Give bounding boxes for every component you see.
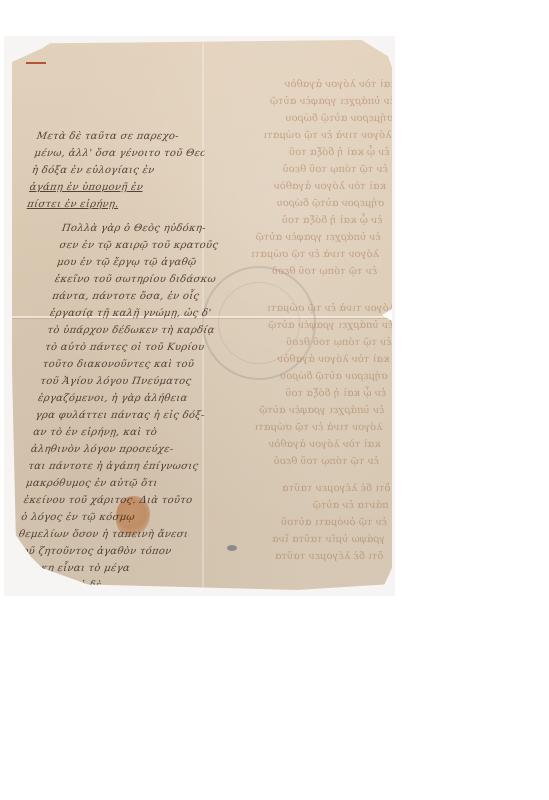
text-line: ται πάντοτε ἡ ἀγάπη ἐπίγνωσις [27,458,199,475]
text-line: Μετὰ δὲ ταῦτα σε παρεχο- [36,128,208,145]
text-line: πίστει ἐν εἰρήνῃ. [26,196,198,213]
bleed-line: ἐν ὑπάρχει γραφὲν αὐτῷ [214,93,392,110]
text-line: Πολλὰ γὰρ ὁ Θεὸς ηὐδόκη- [61,220,233,237]
bleed-line: λόγον τινὰ ἐν τῷ σώματι [202,419,384,436]
text-line: τοῦ ζητοῦντος ἀγαθὸν τόπον [15,543,187,560]
text-line: τὸ ὑπάρχον δέδωκεν τὴ καρδίᾳ [46,322,218,339]
page-notch [382,309,392,321]
bleed-line: ἐν ὑπάρχει γραφὲν αὐτῷ [212,317,392,334]
text-line: σεν ἐν τῷ καιρῷ τοῦ κρατοῦς [58,237,230,254]
bleed-line: πάντα ἐν αὐτῷ [208,497,390,514]
text-line: τοῦ Ἁγίου λόγου Πνεύματος [39,373,211,390]
text-line: γρα φυλάττει πάντας ἡ εἰς δόξ- [34,407,206,424]
text-line: μου ἐν τῷ ἔργῳ τῷ ἀγαθῷ [56,254,228,271]
red-ink-mark [26,62,46,64]
bleed-line: σήμερον αὐτῷ δώρου [203,195,385,212]
text-line: ἐκεῖνο τοῦ σωτηρίου διδάσκω [54,271,226,288]
bleed-line: σήμερον αὐτῷ δώρου [212,110,392,127]
handwritten-paragraph-2: Πολλὰ γὰρ ὁ Θεὸς ηὐδόκη- σεν ἐν τῷ καιρῷ… [12,220,233,590]
text-line: θεμελίων ὅσον ἡ ταπεινὴ ἄνεσις [18,526,190,543]
manuscript-page: καὶ τὸν λόγον ἀγαθὸν ἐν ὑπάρχει γραφὲν α… [12,40,392,590]
bleed-through-text-middle: λόγον τινὰ ἐν τῷ σώματι ἐν ὑπάρχει γραφὲ… [198,300,392,470]
text-line: τοῦτο διακονοῦντες καὶ τοῦ [42,356,214,373]
bleed-line: γράφω ὑμῖν ταῦτα ἵνα [204,531,386,548]
bleed-line: καὶ τὸν λόγον ἀγαθὸν [216,76,392,93]
text-line: ἀληθινὸν λόγον προσεύχε- [30,441,202,458]
text-line: μένω, ἀλλ' ὅσα γένοιτο τοῦ Θεοῦ [33,145,205,162]
bleed-line: ἐν ὑπάρχει γραφὲν αὐτῷ [203,402,385,419]
text-line: αν τὸ ἐν εἰρήνῃ, καὶ τὸ [32,424,204,441]
bleed-line: λόγον τινὰ ἐν τῷ σώματι [211,127,392,144]
bleed-line: ἐν τῷ τόπῳ τοῦ θεοῦ [207,161,389,178]
text-line: τὸ αὐτὸ πάντες οἱ τοῦ Κυρίου [44,339,216,356]
bleed-line: λόγον τινὰ ἐν τῷ σώματι [214,300,392,317]
text-line: ὁ λόγος ἐν τῷ κόσμῳ [20,509,192,526]
text-line: πάντα, πάντοτε ὅσα, ἐν οἷς [51,288,223,305]
bleed-line: ὅτι δὲ λέγομεν ταῦτα [210,480,392,497]
bleed-line: ἐν τῷ τόπῳ τοῦ θεοῦ [211,334,392,351]
bleed-line: καὶ τὸν λόγον ἀγαθὸν [205,178,387,195]
handwritten-paragraph-1: Μετὰ δὲ ταῦτα σε παρεχο- μένω, ἀλλ' ὅσα … [26,128,208,213]
bleed-through-text-bottom: ὅτι δὲ λέγομεν ταῦτα πάντα ἐν αὐτῷ ἐν τῷ… [203,480,392,565]
text-line: ἐργαζόμενοι, ἡ γὰρ ἀλήθεια [37,390,209,407]
bleed-line: καὶ τὸν λόγον ἀγαθὸν [209,351,391,368]
bleed-line: σήμερον αὐτῷ δώρου [207,368,389,385]
bleed-line: καὶ τὸν λόγον ἀγαθὸν [200,436,382,453]
text-line: μακρόθυμος ἐν αὐτῷ ὅτι [25,475,197,492]
bleed-line: ἐν ᾧ καὶ ἡ δόξα τοῦ [205,385,387,402]
bleed-line: ἐν τῷ ὀνόματι αὐτοῦ [206,514,388,531]
bleed-line: ὅτι δὲ λέγομεν ταῦτα [203,548,385,565]
text-line: ἐκείνου τοῦ χάριτος. Διὰ τοῦτο [22,492,194,509]
text-line: ἡ δόξα ἐν εὐλογίαις ἐν [31,162,203,179]
bleed-line: ἐν ᾧ καὶ ἡ δόξα τοῦ [209,144,391,161]
text-line: ἀγάπῃ ἐν ὑπομονῇ ἐν [28,179,200,196]
bleed-line: ἐν τῷ τόπῳ τοῦ θεοῦ [198,453,380,470]
text-line: ἐργασίᾳ τῇ καλῇ γνώμῃ, ὡς δ' [49,305,221,322]
